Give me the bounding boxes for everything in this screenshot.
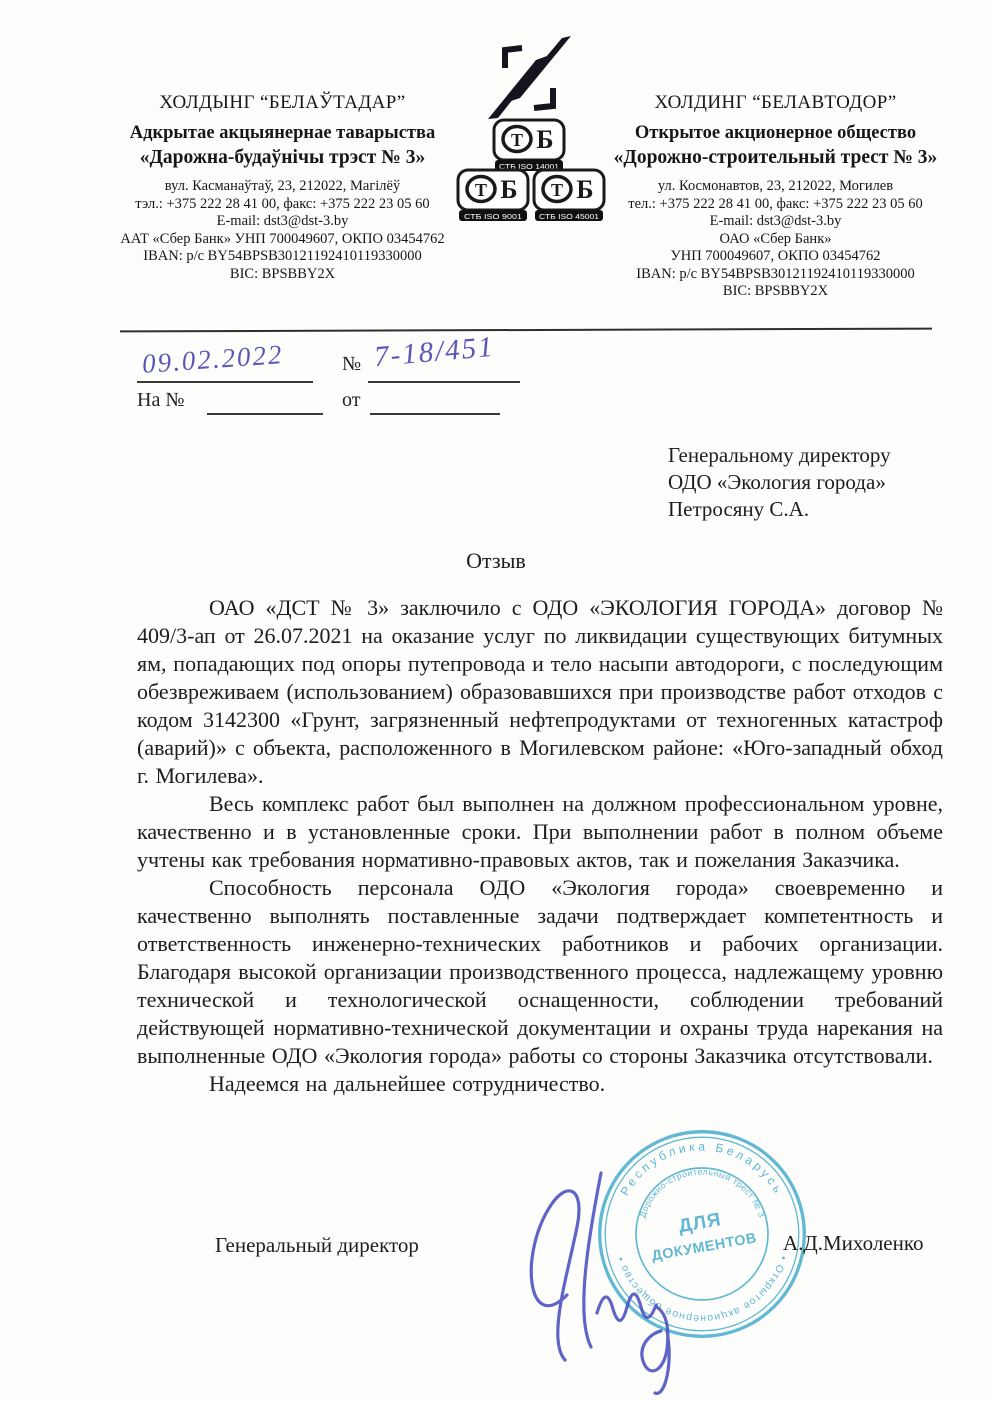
from-label: от xyxy=(342,389,360,412)
signer-name: А.Д.Михоленко xyxy=(783,1231,924,1256)
bank-line: ОАО «Сбер Банк» xyxy=(588,231,963,249)
org-name-by: «Дарожна-будаўнічы трэст № 3» xyxy=(95,147,470,169)
phone-line: тэл.: +375 222 28 41 00, факс: +375 222 … xyxy=(95,196,470,214)
letter-page: ХОЛДЫНГ “БЕЛАЎТАДАР” Адкрытае акцыянерна… xyxy=(0,0,992,1402)
recipient-block: Генеральному директору ОДО «Экология гор… xyxy=(668,442,891,523)
svg-text:Б: Б xyxy=(576,175,593,204)
bic-line: BIC: BPSBBY2X xyxy=(95,266,470,284)
iban-line: IBAN: p/c BY54BPSB30121192410119330000 xyxy=(588,266,963,284)
company-logo xyxy=(478,36,578,120)
svg-text:Б: Б xyxy=(500,175,517,204)
body-paragraph-4: Надеемся на дальнейшее сотрудничество. xyxy=(137,1070,943,1098)
svg-text:СТБ ISO 45001: СТБ ISO 45001 xyxy=(539,212,599,221)
document-title: Отзыв xyxy=(0,548,992,574)
svg-text:Т: Т xyxy=(475,180,487,200)
org-type-ru: Открытое акционерное общество xyxy=(588,123,963,144)
body-paragraph-3: Способность персонала ОДО «Экология горо… xyxy=(137,874,943,1070)
recipient-position: Генеральному директору xyxy=(668,442,891,469)
email-line: E-mail: dst3@dst-3.by xyxy=(95,213,470,231)
number-label: № xyxy=(342,353,361,376)
unp-line: УНП 700049607, ОКПО 03454762 xyxy=(588,248,963,266)
address-line: вул. Касманаўтаў, 23, 212022, Магілёў xyxy=(95,178,470,196)
header-left: ХОЛДЫНГ “БЕЛАЎТАДАР” Адкрытае акцыянерна… xyxy=(95,92,470,283)
bic-line: BIC: BPSBBY2X xyxy=(588,283,963,301)
svg-text:Т: Т xyxy=(551,180,563,200)
from-underline xyxy=(370,413,500,415)
address-line: ул. Космонавтов, 23, 212022, Могилев xyxy=(588,178,963,196)
stb-iso-14001-badge-icon: Т Б СТБ ISO 14001 xyxy=(492,118,566,172)
svg-text:Т: Т xyxy=(511,130,523,150)
handwritten-date: 09.02.2022 xyxy=(141,339,284,380)
stb-iso-45001-badge-icon: Т Б СТБ ISO 45001 xyxy=(532,168,606,222)
phone-line: тел.: +375 222 28 41 00, факс: +375 222 … xyxy=(588,196,963,214)
org-type-by: Адкрытае акцыянернае таварыства xyxy=(95,123,470,144)
recipient-company: ОДО «Экология города» xyxy=(668,469,891,496)
number-underline xyxy=(368,381,520,383)
letter-body: ОАО «ДСТ № 3» заключило с ОДО «ЭКОЛОГИЯ … xyxy=(137,594,943,1098)
body-paragraph-2: Весь комплекс работ был выполнен на долж… xyxy=(137,790,943,874)
svg-text:СТБ ISO 9001: СТБ ISO 9001 xyxy=(464,212,522,221)
handwritten-number: 7-18/451 xyxy=(373,331,496,374)
signature-ink xyxy=(505,1135,765,1400)
holding-name-ru: ХОЛДИНГ “БЕЛАВТОДОР” xyxy=(588,92,963,114)
holding-name-by: ХОЛДЫНГ “БЕЛАЎТАДАР” xyxy=(95,92,470,114)
signer-position: Генеральный директор xyxy=(215,1233,419,1258)
reply-to-label: На № xyxy=(137,389,184,412)
body-paragraph-1: ОАО «ДСТ № 3» заключило с ОДО «ЭКОЛОГИЯ … xyxy=(137,594,943,790)
stb-iso-9001-badge-icon: Т Б СТБ ISO 9001 xyxy=(456,168,530,222)
reply-underline xyxy=(207,413,323,415)
iban-line: IBAN: p/c BY54BPSB30121192410119330000 xyxy=(95,248,470,266)
svg-text:Б: Б xyxy=(536,125,553,154)
org-name-ru: «Дорожно-строительный трест № 3» xyxy=(588,147,963,169)
recipient-person: Петросяну С.А. xyxy=(668,496,891,523)
date-underline xyxy=(137,381,313,383)
header-right: ХОЛДИНГ “БЕЛАВТОДОР” Открытое акционерно… xyxy=(588,92,963,301)
email-line: E-mail: dst3@dst-3.by xyxy=(588,213,963,231)
bank-line: ААТ «Сбер Банк» УНП 700049607, ОКПО 0345… xyxy=(95,231,470,249)
header-divider xyxy=(120,328,932,333)
